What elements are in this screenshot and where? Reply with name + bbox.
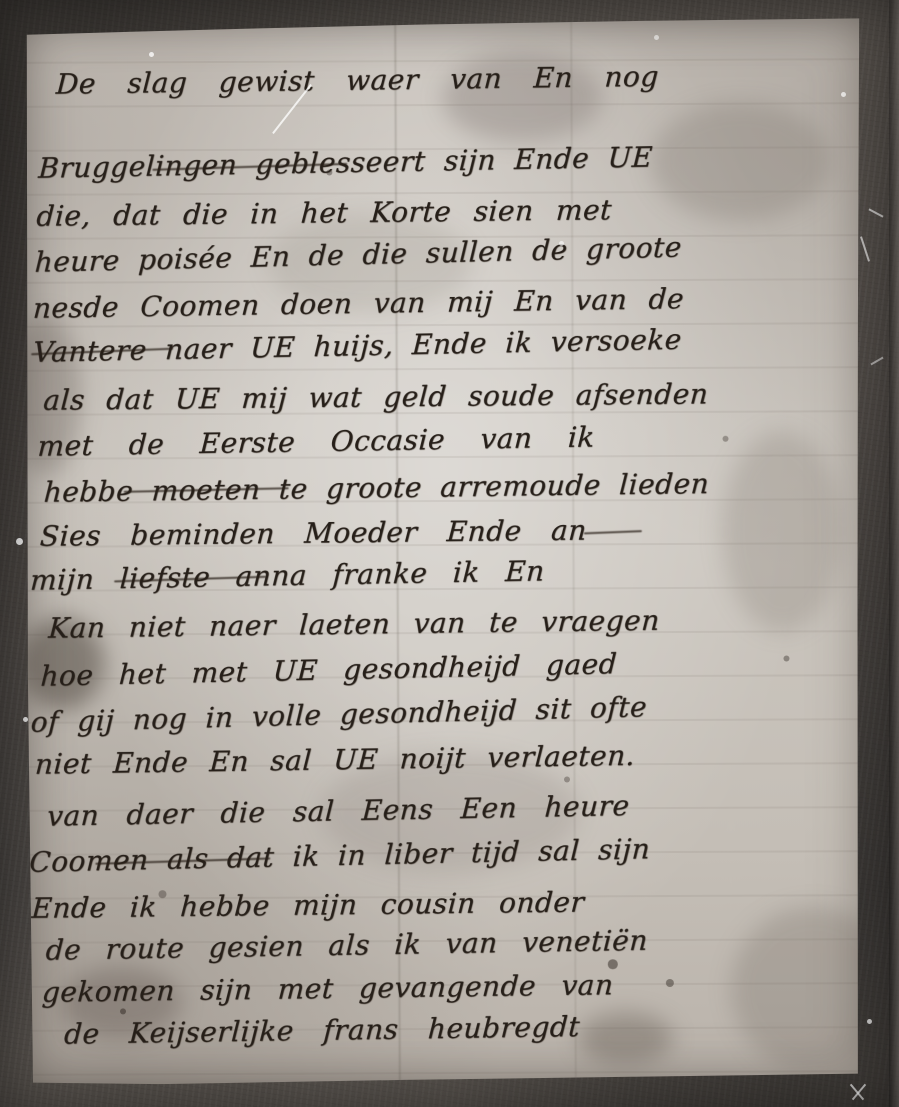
letter-line: Sies beminden Moeder Ende an: [39, 514, 588, 554]
letter-line: Kan niet naer laeten van te vraegen: [47, 604, 660, 646]
letter-line: heure poisée En de die sullen de groote: [34, 231, 683, 280]
photo-scratch: [860, 236, 870, 261]
letter-line: De slag gewist waer van En nog: [55, 60, 660, 102]
letter-line: als dat UE mij wat geld soude afsenden: [42, 377, 709, 417]
letter-line: de route gesien als ik van venetiën: [45, 924, 649, 968]
photo-scratch: [852, 1084, 866, 1101]
photo-edge-strip: [889, 0, 899, 1107]
letter-line: of gij nog in volle gesondheijd sit ofte: [30, 690, 648, 740]
photo-background: De slag gewist waer van En nog Bruggelin…: [0, 0, 899, 1107]
letter-line: nesde Coomen doen van mij En van de: [32, 282, 685, 326]
letter-paper: De slag gewist waer van En nog Bruggelin…: [22, 16, 867, 1086]
photo-scratch: [868, 208, 883, 217]
letter-line: mijn liefste anna franke ik En: [29, 554, 545, 597]
photo-scratch: [870, 357, 883, 366]
letter-line: Ende ik hebbe mijn cousin onder: [31, 886, 586, 926]
letter-line: de Keijserlijke frans heubregdt: [63, 1010, 581, 1052]
photo-scratch: [850, 1084, 864, 1101]
letter-line: niet Ende En sal UE noijt verlaeten.: [34, 739, 636, 782]
letter-line: Coomen als dat ik in liber tijd sal sijn: [29, 832, 651, 880]
letter-line: Bruggelingen geblesseert sijn Ende UE: [37, 140, 653, 185]
dust-specks: [0, 0, 3, 3]
letter-line: gekomen sijn met gevangende van: [41, 968, 614, 1010]
letter-text: De slag gewist waer van En nog Bruggelin…: [22, 16, 867, 1086]
letter-line: hebbe moeten te groote arremoude lieden: [43, 467, 710, 510]
ink-specks: [22, 20, 26, 24]
letter-line: met de Eerste Occasie van ik: [37, 421, 596, 464]
letter-line: van daer die sal Eens Een heure: [46, 789, 630, 834]
letter-line: Vantere naer UE huijs, Ende ik versoeke: [32, 323, 682, 370]
letter-line: hoe het met UE gesondheijd gaed: [40, 647, 618, 694]
letter-line: die, dat die in het Korte sien met: [36, 193, 613, 234]
